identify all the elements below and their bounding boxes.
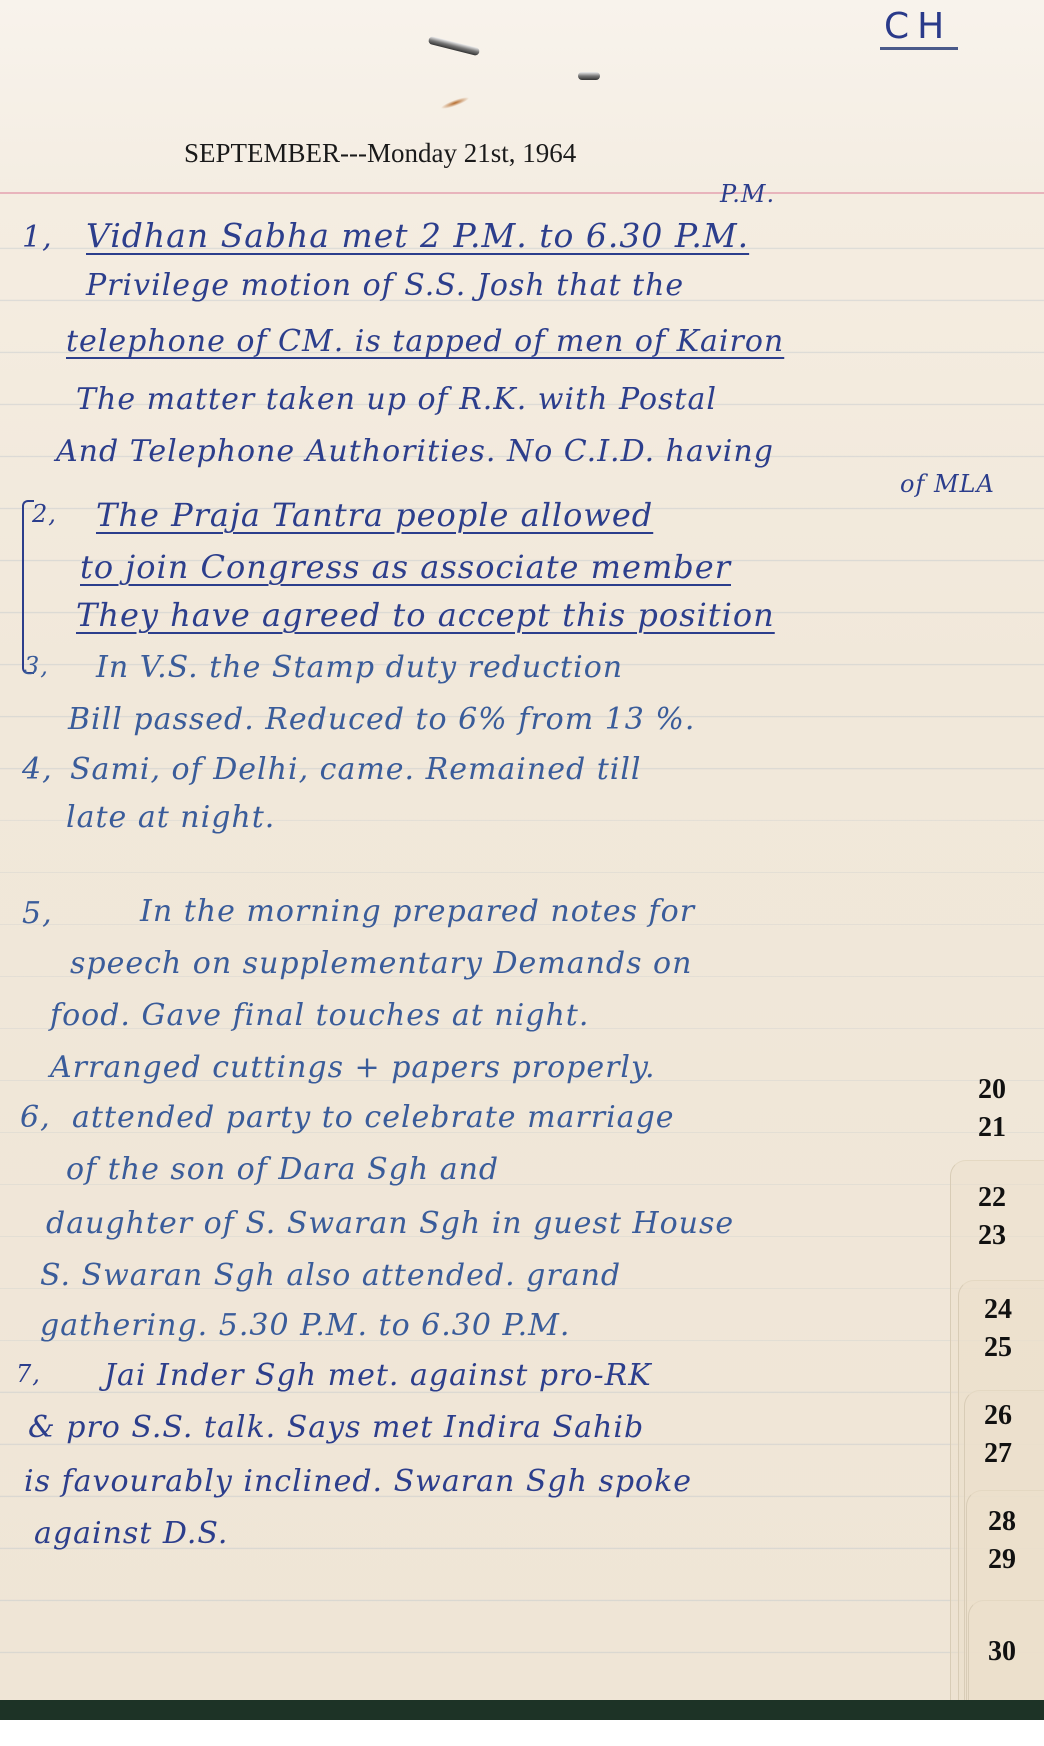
- entry-number: 7,: [16, 1360, 41, 1388]
- entry-line: speech on supplementary Demands on: [70, 946, 692, 981]
- entry-line: Bill passed. Reduced to 6% from 13 %.: [68, 702, 695, 737]
- entry-number: 3,: [24, 652, 49, 680]
- corner-mark: CH: [880, 6, 958, 50]
- tab-day-22[interactable]: 22: [978, 1182, 1006, 1214]
- tab-day-20[interactable]: 20: [978, 1074, 1006, 1106]
- tab-day-26[interactable]: 26: [984, 1400, 1012, 1432]
- entry-number: 5,: [22, 896, 53, 931]
- entry-line: of the son of Dara Sgh and: [66, 1152, 499, 1187]
- date-heading: SEPTEMBER---Monday 21st, 1964: [184, 138, 576, 169]
- red-header-rule: [0, 192, 1044, 194]
- entry-line: Privilege motion of S.S. Josh that the: [86, 268, 684, 303]
- entry-line: The Praja Tantra people allowed: [96, 496, 653, 534]
- entry-line: to join Congress as associate member: [80, 548, 731, 586]
- entry-line: The matter taken up of R.K. with Postal: [76, 382, 717, 417]
- entry-line: against D.S.: [34, 1516, 228, 1551]
- entry-line: Vidhan Sabha met 2 P.M. to 6.30 P.M.: [86, 216, 749, 255]
- entry-line: In V.S. the Stamp duty reduction: [96, 650, 623, 685]
- entry-line: gathering. 5.30 P.M. to 6.30 P.M.: [40, 1308, 570, 1343]
- staple-right: [578, 72, 600, 80]
- annotation-pm: P.M.: [720, 180, 775, 208]
- diary-cover-edge: [0, 1700, 1044, 1720]
- entry-line: is favourably inclined. Swaran Sgh spoke: [24, 1464, 692, 1499]
- entry-line: They have agreed to accept this position: [76, 596, 775, 634]
- annotation-mla: of MLA: [900, 470, 995, 498]
- entry-line: Arranged cuttings + papers properly.: [50, 1050, 656, 1085]
- entry-line: In the morning prepared notes for: [140, 894, 695, 929]
- entry-number: 2,: [32, 500, 57, 528]
- date-index-tabs: 20 21 22 23 24 25 26 27 28 29 30: [950, 1060, 1044, 1700]
- tab-day-25[interactable]: 25: [984, 1332, 1012, 1364]
- entry-number: 4,: [22, 752, 53, 787]
- diary-page: CH SEPTEMBER---Monday 21st, 1964 P.M. 1,…: [0, 0, 1044, 1700]
- entry-line: S. Swaran Sgh also attended. grand: [40, 1258, 621, 1293]
- entry-line: telephone of CM. is tapped of men of Kai…: [66, 324, 784, 359]
- entry-line: attended party to celebrate marriage: [72, 1100, 675, 1135]
- tab-day-29[interactable]: 29: [988, 1544, 1016, 1576]
- tab-day-24[interactable]: 24: [984, 1294, 1012, 1326]
- entry-line: daughter of S. Swaran Sgh in guest House: [46, 1206, 734, 1241]
- entry-line: late at night.: [66, 800, 275, 835]
- tab-day-30[interactable]: 30: [988, 1636, 1016, 1668]
- entry-line: & pro S.S. talk. Says met Indira Sahib: [28, 1410, 644, 1445]
- entry-line: And Telephone Authorities. No C.I.D. hav…: [56, 434, 774, 469]
- entry-number: 1,: [22, 220, 53, 255]
- entry-line: food. Gave final touches at night.: [50, 998, 589, 1033]
- entry-number: 6,: [20, 1100, 51, 1135]
- tab-day-23[interactable]: 23: [978, 1220, 1006, 1252]
- tab-day-21[interactable]: 21: [978, 1112, 1006, 1144]
- scan-margin: [0, 1720, 1044, 1746]
- tab-day-28[interactable]: 28: [988, 1506, 1016, 1538]
- tab-day-27[interactable]: 27: [984, 1438, 1012, 1470]
- entry-line: Jai Inder Sgh met. against pro-RK: [104, 1358, 652, 1393]
- entry-line: Sami, of Delhi, came. Remained till: [70, 752, 642, 787]
